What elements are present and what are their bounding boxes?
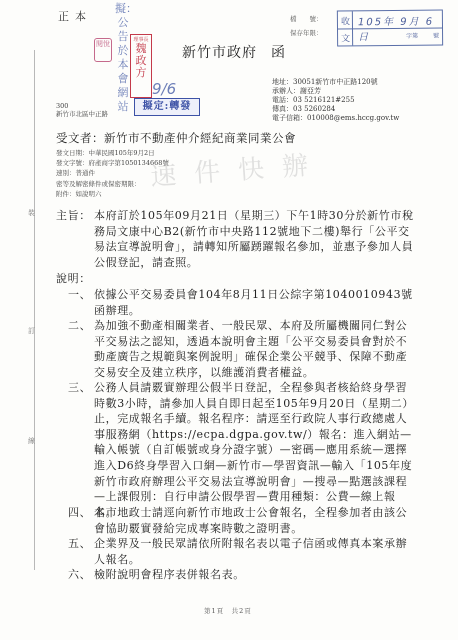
file-no-label: 檔 號：: [290, 14, 323, 23]
item-text: 依據公平交易委員會104年8月11日公綜字第1040010943號函辦理。: [94, 287, 416, 318]
vertical-note-stamp: 擬：公告於本會網站: [115, 2, 131, 114]
chairman-name: 魏政方: [131, 43, 151, 79]
recipient: 受文者：新竹市不動產仲介經紀商業同業公會: [56, 130, 296, 146]
contact-handler: 承辦人：謝亞芳: [272, 87, 399, 96]
item-number: 六、: [68, 567, 91, 583]
read-stamp: 閱悅: [94, 38, 112, 62]
issuer: 新竹市政府: [182, 45, 257, 61]
contact-block: 地址：30051新竹市中正路120號 承辦人：謝亞芳 電話：03 5216121…: [272, 78, 399, 123]
decision-stamp: 擬定:轉發: [134, 98, 200, 116]
item-text: 公務人員請覈實辦理公假半日登記，全程參與者核給終身學習時數3小時，請參加人員自即…: [94, 380, 416, 520]
document-label: 文: [341, 31, 350, 44]
item-number: 四、: [68, 505, 91, 521]
doc-type: 函: [271, 45, 286, 61]
binding-line: [34, 50, 35, 570]
received-date: 105年 9月 6日: [358, 13, 442, 44]
item-number: 二、: [68, 318, 91, 334]
document-title: 新竹市政府函: [182, 42, 286, 62]
subject-label: 主旨：: [56, 208, 91, 224]
ghost-stamp: 速件快辦: [149, 144, 327, 193]
item-text: 企業界及一般民眾請依所附報名表以電子信函或傳真本案承辦人報名。: [94, 536, 416, 567]
number-label: 號: [433, 31, 439, 40]
binding-mark-xian: 線: [28, 436, 35, 446]
keep-years-label: 保存年限：: [290, 28, 323, 37]
page-footer: 第1頁 共2頁: [204, 606, 252, 615]
explanation-label: 說明：: [56, 271, 91, 287]
binding-mark-ding: 訂: [28, 326, 35, 336]
handwritten-date: 9/6: [152, 80, 176, 98]
postal-block: 300 新竹市北區中正路: [56, 102, 108, 118]
contact-address: 地址：30051新竹市中正路120號: [272, 78, 399, 87]
chairman-stamp: 理事長 魏政方: [130, 34, 152, 98]
item-text: 本市地政士請逕向新竹市地政士公會報名，全程參加者由該公會協助覈實發給完成專案時數…: [94, 505, 416, 536]
received-label: 收: [341, 14, 350, 27]
contact-fax: 傳真：03 5260284: [272, 105, 399, 114]
contact-email: 電子信箱：010008@ems.hccg.gov.tw: [272, 114, 399, 123]
contact-phone: 電話：03 5216121#255: [272, 96, 399, 105]
item-text: 檢附說明會程序表併報名表。: [94, 567, 416, 583]
received-stamp: 收 文 105年 9月 6日 字第 號: [337, 10, 443, 47]
recipient-address: 新竹市北區中正路: [56, 110, 108, 118]
item-number: 三、: [68, 380, 91, 396]
postal-code: 300: [56, 102, 108, 110]
subject-text: 本府訂於105年09月21日（星期三）下午1時30分於新竹市稅務局文康中心B2(…: [94, 208, 414, 270]
copy-label: 正本: [58, 8, 92, 24]
item-number: 五、: [68, 536, 91, 552]
binding-mark-zhuang: 裝: [28, 208, 35, 218]
word-label: 字第: [406, 31, 418, 40]
item-number: 一、: [68, 287, 91, 303]
item-text: 為加強不動產相關業者、一般民眾、本府及所屬機關同仁對公平交易法之認知，透過本說明…: [94, 318, 416, 380]
